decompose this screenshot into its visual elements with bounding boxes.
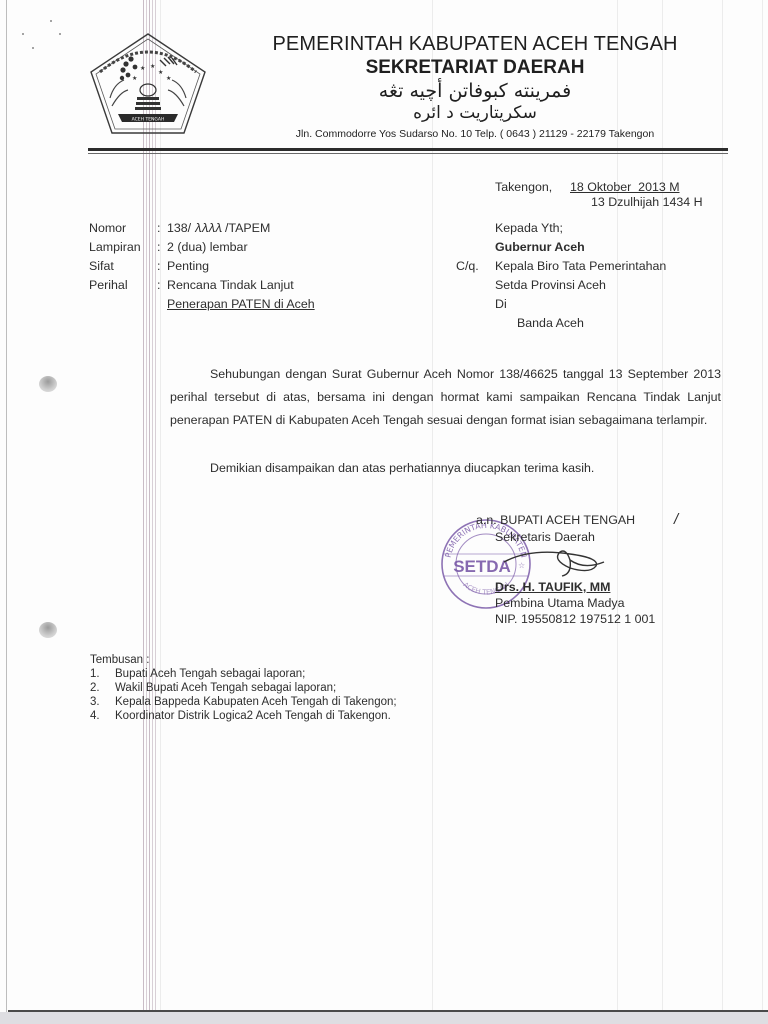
tembusan-num: 3. (90, 696, 100, 708)
scan-left-edge (6, 0, 7, 1012)
signature-on-behalf: a.n. BUPATI ACEH TENGAH (476, 513, 635, 527)
recipient-cq-line-1: Kepala Biro Tata Pemerintahan (495, 259, 666, 273)
scan-line (762, 0, 763, 1014)
letterhead-jawi-line-1: فمرينته كبوفاتن أچيه تڠه (220, 80, 730, 102)
meta-value-perihal: Rencana Tindak Lanjut (167, 278, 294, 292)
tembusan-num: 2. (90, 682, 100, 694)
meta-value-nomor: 138/ 𝜆𝜆𝜆𝜆 /TAPEM (167, 221, 270, 236)
meta-label: Nomor (89, 221, 126, 235)
meta-value-perihal-2: Penerapan PATEN di Aceh (167, 297, 315, 311)
recipient-cq-label: C/q. (456, 259, 479, 273)
svg-text:★: ★ (132, 75, 137, 82)
signature-rank: Pembina Utama Madya (495, 596, 624, 610)
svg-text:★: ★ (166, 75, 171, 82)
recipient-di: Di (495, 297, 507, 311)
recipient-name: Gubernur Aceh (495, 240, 585, 254)
meta-sep: : (157, 278, 160, 292)
speck (50, 20, 52, 22)
paraf-mark: / (674, 511, 678, 528)
tembusan-item: Kepala Bappeda Kabupaten Aceh Tengah di … (115, 696, 397, 708)
date-place: Takengon, (495, 180, 552, 194)
letter-page: ★★★ ★★ ACEH TENGAH PEMERINTAH KABUPATEN … (0, 0, 768, 1024)
meta-label: Sifat (89, 259, 114, 273)
meta-value-lampiran: 2 (dua) lembar (167, 240, 248, 254)
tembusan-num: 1. (90, 668, 100, 680)
tembusan-num: 4. (90, 710, 100, 722)
punch-hole (39, 622, 57, 638)
svg-text:★: ★ (140, 65, 145, 72)
letterhead-address: Jln. Commodorre Yos Sudarso No. 10 Telp.… (200, 128, 750, 140)
regency-emblem-icon: ★★★ ★★ ACEH TENGAH (88, 32, 208, 136)
recipient-cq-line-2: Setda Provinsi Aceh (495, 278, 606, 292)
meta-label: Lampiran (89, 240, 141, 254)
handwritten-signature-icon (500, 540, 610, 580)
tembusan-item: Koordinator Distrik Logica2 Aceh Tengah … (115, 710, 391, 722)
meta-sep: : (157, 221, 160, 235)
recipient-city: Banda Aceh (517, 316, 584, 330)
tembusan-item: Wakil Bupati Aceh Tengah sebagai laporan… (115, 682, 336, 694)
date-gregorian: 18 Oktober 2013 M (570, 180, 680, 194)
body-paragraph-2: Demikian disampaikan dan atas perhatiann… (170, 457, 721, 480)
letterhead-rule-thin (88, 153, 728, 154)
letterhead-title: PEMERINTAH KABUPATEN ACEH TENGAH (220, 33, 730, 56)
meta-sep: : (157, 259, 160, 273)
svg-text:ACEH TENGAH: ACEH TENGAH (132, 117, 165, 123)
letterhead-rule (88, 148, 728, 151)
speck (22, 33, 24, 35)
meta-label: Perihal (89, 278, 128, 292)
punch-hole (39, 376, 57, 392)
scanner-bed (0, 1012, 768, 1024)
speck (59, 33, 61, 35)
meta-value-sifat: Penting (167, 259, 209, 273)
tembusan-item: Bupati Aceh Tengah sebagai laporan; (115, 668, 305, 680)
recipient-salutation: Kepada Yth; (495, 221, 563, 235)
signature-name: Drs. H. TAUFIK, MM (495, 580, 610, 594)
signature-nip: NIP. 19550812 197512 1 001 (495, 612, 655, 626)
meta-sep: : (157, 240, 160, 254)
svg-text:★: ★ (158, 69, 163, 76)
speck (32, 47, 34, 49)
date-hijri: 13 Dzulhijah 1434 H (591, 195, 703, 209)
letterhead-jawi-line-2: سكريتاريت د ائره (220, 103, 730, 123)
svg-text:★: ★ (150, 63, 155, 70)
letterhead-subtitle: SEKRETARIAT DAERAH (220, 57, 730, 79)
tembusan-title: Tembusan : (90, 654, 149, 666)
body-paragraph-1: Sehubungan dengan Surat Gubernur Aceh No… (170, 363, 721, 432)
